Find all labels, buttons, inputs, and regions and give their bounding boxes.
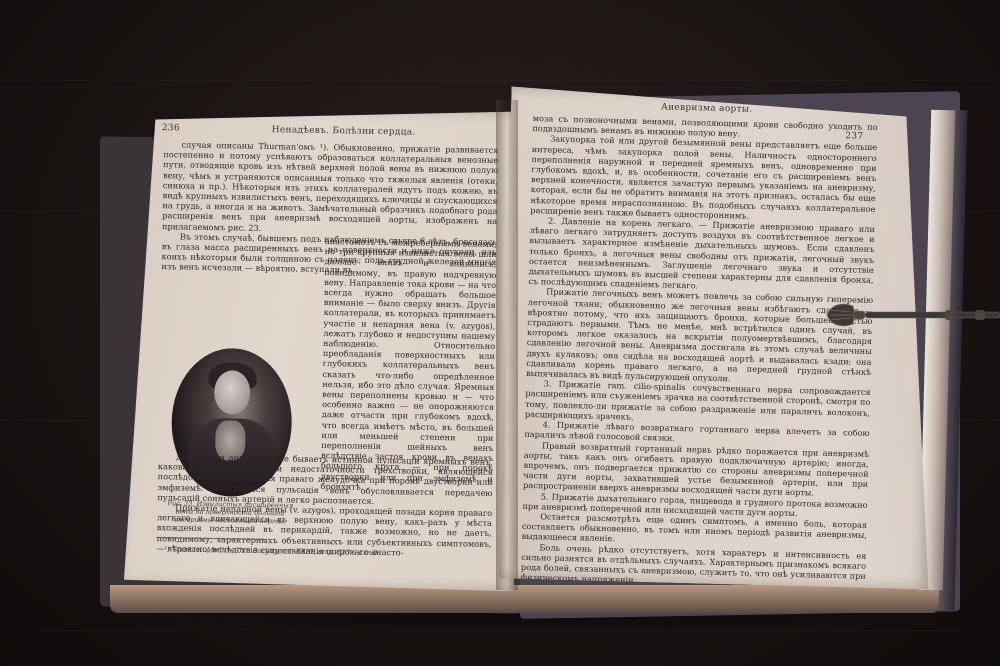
page-stack-edge [110,585,940,613]
paragraph: Прижатіе легочныхъ венъ можетъ повлечь з… [526,286,873,387]
left-page[interactable]: 236 Ненадѣевъ. Болѣзни сердца. случая оп… [124,105,522,592]
left-page-number: 236 [162,123,180,133]
paragraph: Далѣе, при аневризмѣ не бываетъ истинной… [157,451,493,508]
table-grain [0,80,1000,81]
left-running-title: Ненадѣевъ. Болѣзни сердца. [272,125,416,138]
paragraph: Закупорка той или другой безымянной вены… [530,133,877,224]
right-running-title: Аневризма аорты. [661,102,753,114]
right-text: моза съ позвоночными венами, позволяющим… [519,113,877,590]
paragraph: Правый возвратный гортанный нервъ рѣдко … [523,439,869,499]
portrait-face [214,370,251,415]
left-text-bottom: Далѣе, при аневризмѣ не бываетъ истинной… [156,451,493,559]
bookmark-clasp-icon[interactable] [825,300,1000,330]
right-page[interactable]: Аневризма аорты. 237 моза съ позвоночным… [499,86,942,589]
section-2: 2. Давленіе на корень легкаго. — Прижаті… [528,215,875,295]
paragraph: случая описаны Thurman'омъ ¹). Обыкновен… [162,139,499,237]
book-gutter [496,100,518,590]
